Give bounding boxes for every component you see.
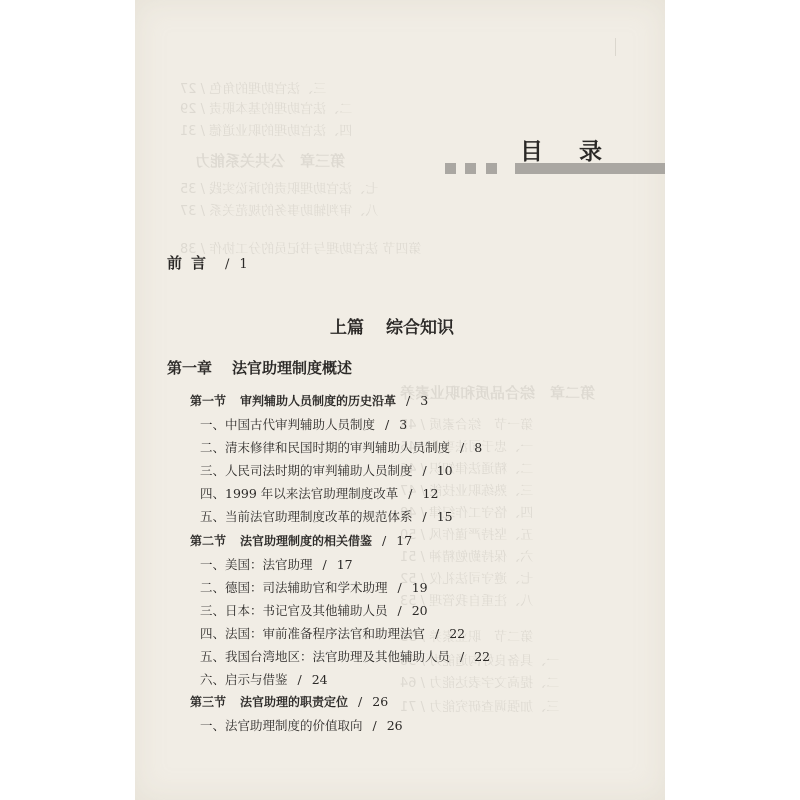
- part-name: 综合知识: [386, 318, 454, 338]
- bleed-through-text: 三、加强调查研究能力 / 71: [400, 696, 559, 715]
- title-decoration-bar: [515, 163, 665, 174]
- page-number: 3: [399, 417, 407, 432]
- page-number: 10: [437, 463, 453, 478]
- toc-item[interactable]: 二、清末修律和民国时期的审判辅助人员制度/8: [200, 438, 482, 456]
- separator: /: [373, 718, 377, 733]
- toc-item[interactable]: 四、法国：审前准备程序法官和助理法官/22: [200, 624, 465, 642]
- bleed-through-text: 八、审判辅助事务的规范关系 / 37: [180, 200, 378, 219]
- item-text: 五、当前法官助理制度改革的规范体系: [200, 509, 413, 524]
- item-text: 五、我国台湾地区：法官助理及其他辅助人员: [200, 649, 450, 664]
- separator: /: [423, 509, 427, 524]
- separator: /: [408, 486, 412, 501]
- page-number: 19: [412, 580, 428, 595]
- toc-item[interactable]: 四、1999 年以来法官助理制度改革/12: [200, 484, 438, 502]
- toc-item[interactable]: 六、启示与借鉴/24: [200, 670, 328, 688]
- page-number: 15: [437, 509, 453, 524]
- item-text: 二、清末修律和民国时期的审判辅助人员制度: [200, 440, 450, 455]
- part-label: 上篇: [330, 318, 364, 338]
- item-text: 六、启示与借鉴: [200, 672, 288, 687]
- bleed-through-text: 第二章 综合品质和职业素养: [400, 382, 595, 403]
- separator: /: [406, 393, 410, 408]
- toc-item[interactable]: 五、我国台湾地区：法官助理及其他辅助人员/22: [200, 647, 490, 665]
- item-text: 一、法官助理制度的价值取向: [200, 718, 363, 733]
- page-number: 1: [239, 257, 247, 272]
- separator: /: [385, 417, 389, 432]
- title-decoration: [465, 163, 476, 174]
- section-name: 法官助理制度的相关借鉴: [240, 534, 372, 548]
- toc-item[interactable]: 三、日本：书记官及其他辅助人员/20: [200, 601, 428, 619]
- separator: /: [358, 694, 362, 709]
- bleed-through-text: 二、提高文字表达能力 / 64: [400, 672, 559, 691]
- page-number: 12: [423, 486, 439, 501]
- section-label: 第二节: [190, 534, 226, 548]
- toc-item[interactable]: 五、当前法官助理制度改革的规范体系/15: [200, 507, 453, 525]
- toc-item[interactable]: 三、人民司法时期的审判辅助人员制度/10: [200, 461, 453, 479]
- toc-part-heading[interactable]: 上篇综合知识: [330, 313, 454, 338]
- chapter-name: 法官助理制度概述: [232, 359, 352, 377]
- bleed-through-text: 第三章 公共关系能力: [195, 150, 345, 171]
- toc-item[interactable]: 二、德国：司法辅助官和学术助理/19: [200, 578, 428, 596]
- separator: /: [435, 626, 439, 641]
- page-number: 24: [312, 672, 328, 687]
- page-number: 8: [474, 440, 482, 455]
- bleed-through-text: 第一节 综合素质 / 45: [400, 414, 533, 433]
- toc-section[interactable]: 第二节法官助理制度的相关借鉴/17: [190, 532, 412, 549]
- page-title: 目 录: [520, 133, 616, 166]
- item-text: 三、日本：书记官及其他辅助人员: [200, 603, 388, 618]
- toc-item[interactable]: 一、中国古代审判辅助人员制度/3: [200, 415, 407, 433]
- toc-item[interactable]: 一、法官助理制度的价值取向/26: [200, 716, 403, 734]
- toc-section[interactable]: 第三节法官助理的职责定位/26: [190, 693, 388, 710]
- page-number: 26: [372, 694, 388, 709]
- title-decoration: [486, 163, 497, 174]
- section-name: 审判辅助人员制度的历史沿革: [240, 394, 396, 408]
- section-label: 第一节: [190, 394, 226, 408]
- chapter-label: 第一章: [167, 359, 212, 377]
- page-number: 22: [449, 626, 465, 641]
- separator: /: [382, 533, 386, 548]
- section-label: 第三节: [190, 695, 226, 709]
- section-name: 法官助理的职责定位: [240, 695, 348, 709]
- separator: /: [398, 580, 402, 595]
- bleed-through-text: 五、坚持严谨作风 / 50: [400, 524, 533, 543]
- item-text: 二、德国：司法辅助官和学术助理: [200, 580, 388, 595]
- separator: /: [298, 672, 302, 687]
- item-text: 四、1999 年以来法官助理制度改革: [200, 486, 398, 501]
- page-number: 17: [337, 557, 353, 572]
- bleed-through-text: 四、法官助理的职业道德 / 31: [180, 120, 352, 139]
- item-text: 一、中国古代审判辅助人员制度: [200, 417, 375, 432]
- item-text: 四、法国：审前准备程序法官和助理法官: [200, 626, 425, 641]
- toc-item[interactable]: 一、美国：法官助理/17: [200, 555, 353, 573]
- title-decoration: [445, 163, 456, 174]
- running-head: [420, 38, 616, 56]
- page-number: 3: [420, 393, 428, 408]
- bleed-through-text: 六、保持勤勉精神 / 51: [400, 546, 533, 565]
- preface-label: 前言: [167, 254, 215, 272]
- separator: /: [460, 649, 464, 664]
- toc-chapter-heading[interactable]: 第一章法官助理制度概述: [167, 357, 352, 378]
- bleed-through-text: 七、法官助理职责的诉讼实践 / 35: [180, 178, 378, 197]
- page-number: 20: [412, 603, 428, 618]
- separator: /: [423, 463, 427, 478]
- separator: /: [225, 257, 229, 272]
- item-text: 三、人民司法时期的审判辅助人员制度: [200, 463, 413, 478]
- separator: /: [460, 440, 464, 455]
- page-number: 26: [387, 718, 403, 733]
- toc-section[interactable]: 第一节审判辅助人员制度的历史沿革/3: [190, 392, 428, 409]
- page-number: 22: [474, 649, 490, 664]
- toc-preface[interactable]: 前言/1: [167, 252, 248, 273]
- bleed-through-text: 二、法官助理的基本职责 / 29: [180, 98, 352, 117]
- bleed-through-text: 三、法官助理的角色 / 27: [180, 78, 326, 97]
- separator: /: [398, 603, 402, 618]
- book-page: 第三章 公共关系能力 三、法官助理的角色 / 27 二、法官助理的基本职责 / …: [135, 0, 665, 800]
- separator: /: [323, 557, 327, 572]
- item-text: 一、美国：法官助理: [200, 557, 313, 572]
- page-number: 17: [396, 533, 412, 548]
